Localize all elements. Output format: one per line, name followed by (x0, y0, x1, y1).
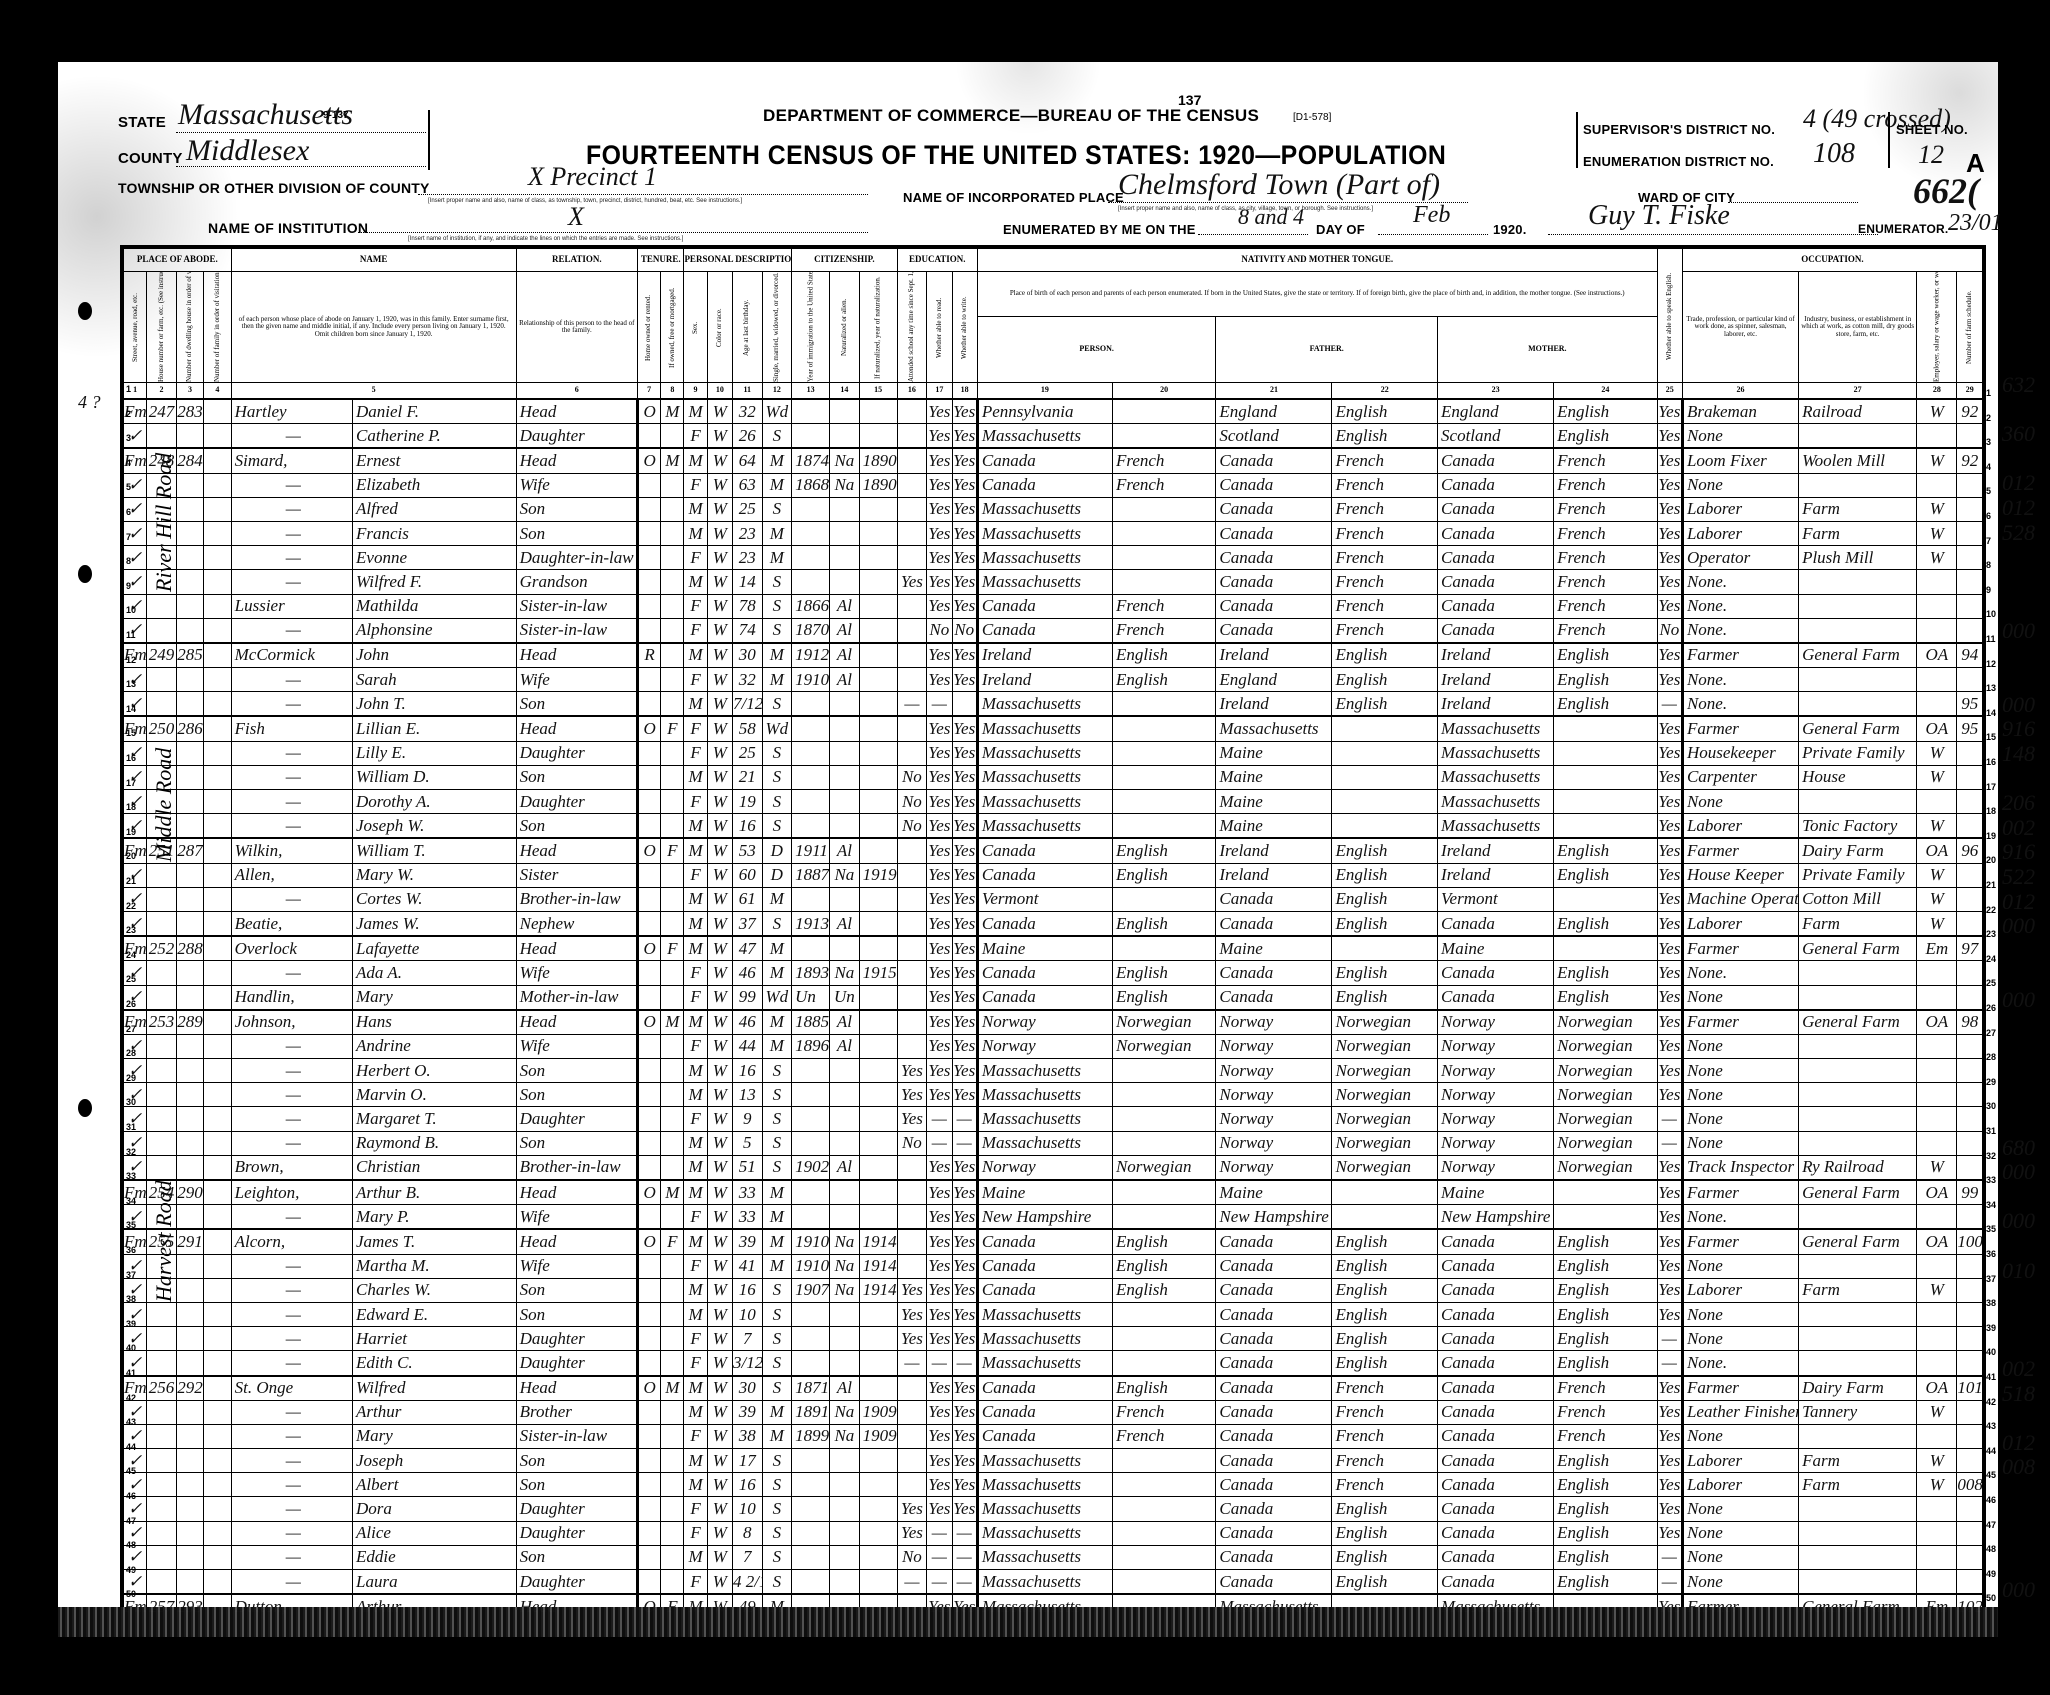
cell-trade: Laborer (1682, 497, 1798, 521)
cell-industry: Farm (1799, 1473, 1917, 1497)
cell-age: 39 (732, 1400, 762, 1424)
day-of-label: DAY OF (1316, 222, 1365, 237)
punch-hole (78, 1099, 92, 1117)
table-row: Fm252288OverlockLafayetteHeadOFMW47MYesY… (124, 936, 1983, 961)
line-number-right: 50 (1986, 1593, 1996, 1603)
header-c12: Single, married, widowed, or divorced. (762, 272, 792, 383)
cell-english: Yes (1657, 863, 1682, 887)
cell-given: Harriet (353, 1327, 517, 1351)
cell-mtongue: English (1554, 1254, 1658, 1278)
cell-race: W (707, 1351, 732, 1376)
cell-relation: Wife (516, 668, 637, 692)
cell-own (637, 1473, 660, 1497)
cell-farm (1957, 594, 1983, 618)
cell-mort (661, 741, 684, 765)
cell-natyr (859, 765, 897, 789)
cell-mpob: Norway (1438, 1010, 1554, 1035)
cell-sex: M (684, 1059, 707, 1083)
cell-own: O (637, 399, 660, 424)
cell-mpob: New Hampshire (1438, 1205, 1554, 1230)
cell-own: R (637, 643, 660, 668)
column-number: 16 (897, 383, 927, 400)
cell-read: Yes (927, 911, 952, 936)
cell-tongue (1112, 1107, 1215, 1131)
line-number-right: 20 (1986, 855, 1996, 865)
line-number-left: 12 (126, 655, 136, 665)
cell-natyr (859, 1449, 897, 1473)
cell-age: 41 (732, 1254, 762, 1278)
column-number: 28 (1917, 383, 1957, 400)
cell-surname: Alcorn, (231, 1229, 352, 1254)
cell-marital: S (762, 1059, 792, 1083)
cell-industry (1799, 618, 1917, 643)
cell-age: 46 (732, 961, 762, 985)
table-row: ✓—Edith C.DaughterFW3/12S———Massachusett… (124, 1351, 1983, 1376)
cell-race: W (707, 594, 732, 618)
cell-mpob: Canada (1438, 1424, 1554, 1448)
cell-write: Yes (952, 1449, 977, 1473)
cell-farm (1957, 911, 1983, 936)
line-number-left: 26 (126, 999, 136, 1009)
cell-read: Yes (927, 399, 952, 424)
occupation-code: 916 (2002, 716, 2035, 742)
cell-immig (792, 1351, 830, 1376)
cell-farm (1957, 1034, 1983, 1058)
cell-english: Yes (1657, 1059, 1682, 1083)
cell-industry (1799, 1034, 1917, 1058)
cell-tongue (1112, 546, 1215, 570)
cell-farm (1957, 1570, 1983, 1595)
cell-immig: 1913 (792, 911, 830, 936)
line-number-right: 42 (1986, 1397, 1996, 1407)
cell-school (897, 546, 927, 570)
cell-farm: 95 (1957, 692, 1983, 717)
cell-relation: Son (516, 814, 637, 839)
year-label: 1920. (1493, 222, 1527, 237)
cell-fpob: England (1216, 399, 1332, 424)
cell-school (897, 1400, 927, 1424)
cell-trade: Brakeman (1682, 399, 1798, 424)
cell-class: OA (1917, 1010, 1957, 1035)
cell-given: Francis (353, 521, 517, 545)
cell-own (637, 1155, 660, 1180)
cell-school (897, 448, 927, 473)
cell-english: Yes (1657, 1083, 1682, 1107)
cell-natyr (859, 1155, 897, 1180)
line-number-right: 48 (1986, 1544, 1996, 1554)
cell-english: Yes (1657, 1424, 1682, 1448)
cell-age: 30 (732, 1376, 762, 1401)
line-number-left: 33 (126, 1171, 136, 1181)
cell-fpob: Canada (1216, 911, 1332, 936)
cell-fpob: Canada (1216, 570, 1332, 594)
cell-write: Yes (952, 546, 977, 570)
cell-sex: M (684, 765, 707, 789)
cell-relation: Wife (516, 1034, 637, 1058)
cell-house: 255 (147, 1229, 177, 1254)
cell-school (897, 521, 927, 545)
cell-natyr (859, 1351, 897, 1376)
table-row: ✓—HarrietDaughterFW7SYesYesYesMassachuse… (124, 1327, 1983, 1351)
cell-house (147, 594, 177, 618)
cell-race: W (707, 1376, 732, 1401)
cell-write: Yes (952, 1083, 977, 1107)
cell-fpob: Canada (1216, 473, 1332, 497)
cell-english: Yes (1657, 424, 1682, 449)
cell-school (897, 668, 927, 692)
cell-farm (1957, 424, 1983, 449)
table-row: ✓—William D.SonMW21SNoYesYesMassachusett… (124, 765, 1983, 789)
cell-trade: Laborer (1682, 814, 1798, 839)
cell-natur (830, 424, 860, 449)
cell-given: Eddie (353, 1545, 517, 1569)
cell-immig (792, 1302, 830, 1326)
occupation-code: 000 (2002, 1159, 2035, 1185)
cell-write: Yes (952, 570, 977, 594)
cell-fpob: Canada (1216, 1254, 1332, 1278)
cell-ftongue: English (1332, 1229, 1438, 1254)
cell-english: Yes (1657, 790, 1682, 814)
cell-read: Yes (927, 1083, 952, 1107)
cell-fpob: Canada (1216, 1278, 1332, 1302)
cell-farm (1957, 1155, 1983, 1180)
cell-natyr (859, 716, 897, 741)
township-label: TOWNSHIP OR OTHER DIVISION OF COUNTY (118, 180, 430, 196)
cell-race: W (707, 1010, 732, 1035)
cell-ftongue: English (1332, 399, 1438, 424)
cell-natyr (859, 594, 897, 618)
cell-industry (1799, 1570, 1917, 1595)
occupation-code: 000 (2002, 913, 2035, 939)
cell-mort: M (661, 399, 684, 424)
cell-mort (661, 1155, 684, 1180)
cell-age: 46 (732, 1010, 762, 1035)
cell-tongue (1112, 1545, 1215, 1569)
enumerator-label: ENUMERATOR. (1858, 222, 1948, 236)
cell-pob: Massachusetts (977, 570, 1112, 594)
line-number-left: 29 (126, 1073, 136, 1083)
cell-class (1917, 1254, 1957, 1278)
cell-relation: Sister-in-law (516, 618, 637, 643)
table-row: ✓—FrancisSonMW23MYesYesMassachusettsCana… (124, 521, 1983, 545)
cell-relation: Wife (516, 961, 637, 985)
cell-family (204, 765, 231, 789)
cell-surname: — (231, 1254, 352, 1278)
cell-age: 7/12 (732, 692, 762, 717)
header-c5: of each person whose place of abode on J… (231, 272, 516, 383)
cell-english: — (1657, 1107, 1682, 1131)
cell-natyr (859, 1521, 897, 1545)
cell-read: Yes (927, 1034, 952, 1058)
cell-ftongue: English (1332, 961, 1438, 985)
cell-mpob: Canada (1438, 448, 1554, 473)
cell-english: Yes (1657, 473, 1682, 497)
cell-read: — (927, 1107, 952, 1131)
cell-write: Yes (952, 1229, 977, 1254)
cell-natyr (859, 936, 897, 961)
cell-given: Daniel F. (353, 399, 517, 424)
cell-english: — (1657, 1131, 1682, 1155)
cell-industry (1799, 570, 1917, 594)
cell-mort (661, 911, 684, 936)
cell-race: W (707, 741, 732, 765)
cell-own (637, 1497, 660, 1521)
cell-immig (792, 716, 830, 741)
cell-industry: General Farm (1799, 716, 1917, 741)
cell-age: 16 (732, 814, 762, 839)
cell-industry (1799, 1083, 1917, 1107)
cell-write: Yes (952, 716, 977, 741)
line-number-left: 14 (126, 704, 136, 714)
cell-natyr: 1890 (859, 448, 897, 473)
cell-pob: Maine (977, 1180, 1112, 1205)
cell-industry (1799, 424, 1917, 449)
cell-industry (1799, 1351, 1917, 1376)
cell-trade: Laborer (1682, 1473, 1798, 1497)
cell-mtongue: Norwegian (1554, 1107, 1658, 1131)
cell-sex: M (684, 448, 707, 473)
cell-industry (1799, 1107, 1917, 1131)
header-c9: Sex. (684, 272, 707, 383)
line-number-right: 31 (1986, 1126, 1996, 1136)
cell-class (1917, 1521, 1957, 1545)
table-row: Fm247283HartleyDaniel F.HeadOMMW32WdYesY… (124, 399, 1983, 424)
cell-relation: Head (516, 1010, 637, 1035)
table-row: ✓LussierMathildaSister-in-lawFW78S1866Al… (124, 594, 1983, 618)
cell-school (897, 1034, 927, 1058)
cell-own (637, 668, 660, 692)
cell-mort (661, 1107, 684, 1131)
cell-industry (1799, 1545, 1917, 1569)
cell-fpob: Ireland (1216, 838, 1332, 863)
cell-natur (830, 887, 860, 911)
line-number-right: 46 (1986, 1495, 1996, 1505)
cell-read: Yes (927, 765, 952, 789)
cell-sex: F (684, 1034, 707, 1058)
occupation-code: 000 (2002, 692, 2035, 718)
line-number-left: 16 (126, 753, 136, 763)
header-c16: Attended school any time since Sept. 1, … (897, 272, 927, 383)
cell-house (147, 1570, 177, 1595)
cell-dwelling: 292 (176, 1376, 203, 1401)
cell-immig: 1902 (792, 1155, 830, 1180)
header-tenure: TENURE. (637, 249, 683, 272)
cell-class (1917, 1302, 1957, 1326)
cell-english: Yes (1657, 1229, 1682, 1254)
cell-class: W (1917, 1155, 1957, 1180)
cell-farm (1957, 1059, 1983, 1083)
cell-immig (792, 497, 830, 521)
cell-pob: Massachusetts (977, 1083, 1112, 1107)
cell-school (897, 716, 927, 741)
cell-write: Yes (952, 1180, 977, 1205)
cell-dwelling (176, 790, 203, 814)
cell-dwelling (176, 1424, 203, 1448)
cell-marital: S (762, 594, 792, 618)
cell-immig (792, 546, 830, 570)
cell-class (1917, 1497, 1957, 1521)
cell-trade: Laborer (1682, 911, 1798, 936)
cell-family (204, 643, 231, 668)
table-row: ✓—Edward E.SonMW10SYesYesYesMassachusett… (124, 1302, 1983, 1326)
cell-write: Yes (952, 790, 977, 814)
cell-own (637, 497, 660, 521)
cell-trade: Operator (1682, 546, 1798, 570)
cell-read: — (927, 1351, 952, 1376)
cell-house (147, 1473, 177, 1497)
cell-pob: Massachusetts (977, 497, 1112, 521)
cell-mtongue: Norwegian (1554, 1010, 1658, 1035)
cell-natyr (859, 643, 897, 668)
cell-sex: F (684, 790, 707, 814)
cell-sex: M (684, 1400, 707, 1424)
cell-given: Catherine P. (353, 424, 517, 449)
cell-immig: 1910 (792, 1229, 830, 1254)
cell-own (637, 424, 660, 449)
cell-farm: 92 (1957, 399, 1983, 424)
cell-natur (830, 1131, 860, 1155)
cell-age: 99 (732, 985, 762, 1010)
cell-ftongue: English (1332, 1351, 1438, 1376)
cell-age: 25 (732, 497, 762, 521)
cell-mtongue: English (1554, 1521, 1658, 1545)
cell-school (897, 618, 927, 643)
cell-read: Yes (927, 985, 952, 1010)
cell-natyr (859, 814, 897, 839)
cell-tongue: French (1112, 594, 1215, 618)
cell-english: Yes (1657, 521, 1682, 545)
cell-trade: None (1682, 1083, 1798, 1107)
line-number-right: 37 (1986, 1274, 1996, 1284)
column-number: 9 (684, 383, 707, 400)
cell-farm (1957, 1327, 1983, 1351)
form-code: [D1-578] (1293, 112, 1331, 123)
line-number-left: 36 (126, 1245, 136, 1255)
cell-read: Yes (927, 448, 952, 473)
cell-natyr (859, 1376, 897, 1401)
incorporated-place-value: Chelmsford Town (Part of) (1118, 168, 1440, 202)
table-row: ✓—AndrineWifeFW44M1896AlYesYesNorwayNorw… (124, 1034, 1983, 1058)
cell-write: Yes (952, 1400, 977, 1424)
cell-relation: Brother-in-law (516, 887, 637, 911)
header-c3: Number of dwelling house in order of vis… (176, 272, 203, 383)
cell-write: Yes (952, 1473, 977, 1497)
cell-class (1917, 424, 1957, 449)
cell-english: Yes (1657, 1302, 1682, 1326)
column-number: 12 (762, 383, 792, 400)
header-name: NAME (231, 249, 516, 272)
cell-own (637, 1278, 660, 1302)
cell-mtongue: English (1554, 424, 1658, 449)
cell-industry (1799, 1131, 1917, 1155)
header-c14: Naturalized or alien. (830, 272, 860, 383)
cell-industry: Private Family (1799, 863, 1917, 887)
cell-write: — (952, 1131, 977, 1155)
cell-mtongue: French (1554, 570, 1658, 594)
cell-natur (830, 1180, 860, 1205)
cell-surname: — (231, 1497, 352, 1521)
cell-mpob: Ireland (1438, 863, 1554, 887)
table-row: ✓—Wilfred F.GrandsonMW14SYesYesYesMassac… (124, 570, 1983, 594)
cell-trade: None (1682, 1302, 1798, 1326)
cell-immig (792, 1570, 830, 1595)
line-number-left: 1 (126, 384, 131, 394)
cell-industry: Railroad (1799, 399, 1917, 424)
cell-family (204, 741, 231, 765)
cell-tongue (1112, 936, 1215, 961)
cell-family (204, 448, 231, 473)
cell-given: James W. (353, 911, 517, 936)
cell-english: Yes (1657, 1376, 1682, 1401)
header-c25: Whether able to speak English. (1657, 249, 1682, 383)
cell-ftongue: French (1332, 448, 1438, 473)
cell-mtongue: English (1554, 692, 1658, 717)
cell-family (204, 1107, 231, 1131)
cell-mpob: Massachusetts (1438, 765, 1554, 789)
cell-mort (661, 521, 684, 545)
cell-house (147, 1155, 177, 1180)
month-value: Feb (1413, 202, 1450, 229)
cell-given: Alfred (353, 497, 517, 521)
cell-fpob: Canada (1216, 497, 1332, 521)
cell-pob: Massachusetts (977, 546, 1112, 570)
cell-family (204, 716, 231, 741)
cell-write: Yes (952, 1059, 977, 1083)
cell-write: Yes (952, 887, 977, 911)
cell-industry (1799, 1205, 1917, 1230)
cell-farm (1957, 668, 1983, 692)
cell-english: Yes (1657, 1254, 1682, 1278)
cell-mort (661, 1424, 684, 1448)
cell-relation: Daughter (516, 1570, 637, 1595)
occupation-code: 518 (2002, 1381, 2035, 1407)
cell-ftongue: English (1332, 1254, 1438, 1278)
line-number-left: 21 (126, 876, 136, 886)
table-row: ✓—AlbertSonMW16SYesYesMassachusettsCanad… (124, 1473, 1983, 1497)
cell-farm (1957, 473, 1983, 497)
cell-english: Yes (1657, 741, 1682, 765)
enumeration-district-label: ENUMERATION DISTRICT NO. (1583, 154, 1774, 169)
cell-pob: Canada (977, 1424, 1112, 1448)
line-number-right: 15 (1986, 732, 1996, 742)
cell-immig: 1896 (792, 1034, 830, 1058)
cell-read: — (927, 1521, 952, 1545)
cell-tongue: English (1112, 961, 1215, 985)
cell-dwelling (176, 618, 203, 643)
cell-natur: Na (830, 1278, 860, 1302)
occupation-code: 002 (2002, 1356, 2035, 1382)
cell-sex: M (684, 1545, 707, 1569)
cell-ftongue: French (1332, 1424, 1438, 1448)
cell-trade: None. (1682, 692, 1798, 717)
occupation-code: 360 (2002, 421, 2035, 447)
cell-mort (661, 1034, 684, 1058)
cell-family (204, 985, 231, 1010)
cell-given: Ada A. (353, 961, 517, 985)
cell-mtongue: English (1554, 668, 1658, 692)
cell-mtongue: Norwegian (1554, 1034, 1658, 1058)
cell-family (204, 1545, 231, 1569)
cell-ftongue: Norwegian (1332, 1155, 1438, 1180)
cell-marital: S (762, 1327, 792, 1351)
line-number-left: 46 (126, 1491, 136, 1501)
cell-marital: M (762, 1010, 792, 1035)
cell-mort (661, 1400, 684, 1424)
cell-sex: F (684, 668, 707, 692)
cell-dwelling (176, 985, 203, 1010)
cell-given: Lilly E. (353, 741, 517, 765)
cell-mpob: Ireland (1438, 668, 1554, 692)
